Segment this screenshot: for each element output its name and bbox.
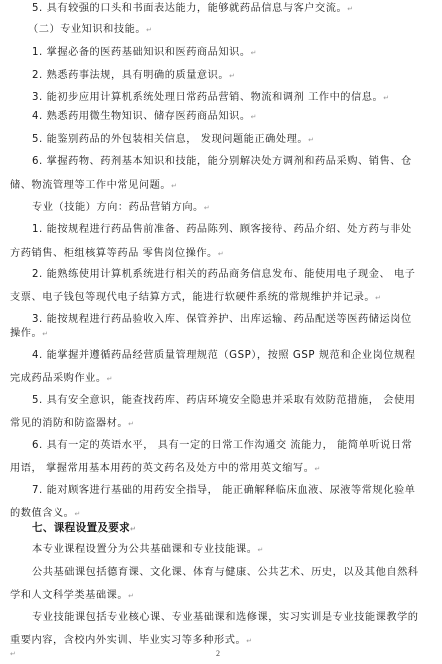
list-item-continuation: 支票、电子钱包等现代电子结算方式，能进行软硬件系统的常规维护并记录。↵ xyxy=(10,289,381,307)
line-text: 专业技能课包括专业核心课、专业基础课和选修课，实习实训是专业技能课教学的 xyxy=(32,612,419,623)
list-item-continuation: 用语， 掌握常用基本用药的英文药名及处方中的常用英文缩写。↵ xyxy=(10,460,320,478)
paragraph-mark-icon: ↵ xyxy=(347,5,353,13)
line-text: （二）专业知识和技能。 xyxy=(28,24,146,35)
paragraph-mark-icon: ↵ xyxy=(42,330,48,338)
paragraph-mark-icon: ↵ xyxy=(128,420,134,428)
paragraph-mark-icon: ↵ xyxy=(130,525,136,533)
list-item: 6. 掌握药物、药剂基本知识和技能，能分别解决处方调剂和药品采购、销售、仓 xyxy=(32,153,412,171)
line-text: 7. 能对顾客进行基础的用药安全指导， 能正确解释临床血液、尿液等常规化验单 xyxy=(32,485,415,496)
line-text: 4. 熟悉药用微生物知识、储存医药商品知识。 xyxy=(32,111,251,122)
list-item: 5. 具有安全意识，能查找药库、药店环境安全隐患并采取有效防范措施， 会使用 xyxy=(32,392,415,410)
list-item: 4. 熟悉药用微生物知识、储存医药商品知识。↵ xyxy=(32,108,257,126)
section-subheading: （二）专业知识和技能。↵ xyxy=(28,21,152,39)
list-item: 2. 熟悉药事法规，具有明确的质量意识。↵ xyxy=(32,67,235,85)
paragraph-mark-icon: ↵ xyxy=(107,375,113,383)
paragraph-mark-icon: ↵ xyxy=(218,250,224,258)
paragraph-mark-icon: ↵ xyxy=(229,72,235,80)
paragraph-mark-icon: ↵ xyxy=(171,182,177,190)
paragraph-mark-icon: ↵ xyxy=(128,592,134,600)
list-item: 7. 能对顾客进行基础的用药安全指导， 能正确解释临床血液、尿液等常规化验单 xyxy=(32,482,415,500)
paragraph-mark-icon: ↵ xyxy=(258,546,264,554)
line-text: 5. 具有安全意识，能查找药库、药店环境安全隐患并采取有效防范措施， 会使用 xyxy=(32,395,415,406)
list-item-continuation: 操作。↵ xyxy=(10,325,48,343)
paragraph-mark-icon: ↵ xyxy=(246,637,252,645)
line-text: 重要内容，含校内外实训、毕业实习等多种形式。 xyxy=(10,635,246,646)
line-text: 操作。 xyxy=(10,328,42,339)
body-paragraph-continuation: 学和人文科学类基础课。↵ xyxy=(10,587,134,605)
line-text: 完成药品采购作业。 xyxy=(10,373,107,384)
section-heading: 七、课程设置及要求↵ xyxy=(32,519,136,537)
paragraph-mark-icon: ↵ xyxy=(74,510,80,518)
paragraph-mark-icon: ↵ xyxy=(308,136,314,144)
list-item-continuation: 储、物流管理等工作中常见问题。↵ xyxy=(10,177,177,195)
body-paragraph-continuation: 重要内容，含校内外实训、毕业实习等多种形式。↵ xyxy=(10,632,252,650)
line-text: 1. 能按规程进行药品售前准备、药品陈列、顾客接待、药品介绍、处方药与非处 xyxy=(32,224,412,235)
line-text: 公共基础课包括德育课、文化课、体育与健康、公共艺术、历史，以及其他自然科 xyxy=(32,567,419,578)
line-text: 1. 掌握必备的医药基础知识和医药商品知识。 xyxy=(32,47,251,58)
paragraph-mark-icon: ↵ xyxy=(251,113,257,121)
list-item-communication: 5. 具有较强的口头和书面表达能力，能够就药品信息与客户交流。↵ xyxy=(32,0,353,18)
paragraph-mark-icon: ↵ xyxy=(375,294,381,302)
line-text: 七、课程设置及要求 xyxy=(32,522,130,534)
body-paragraph: 本专业课程设置分为公共基础课和专业技能课。↵ xyxy=(32,541,263,559)
line-text: 3. 能初步应用计算机系统处理日常药品营销、物流和调剂 工作中的信息。 xyxy=(32,92,383,103)
line-text: 5. 能鉴别药品的外包装相关信息， 发现问题能正确处理。 xyxy=(32,134,308,145)
list-item-continuation: 常见的消防和防盗器材。↵ xyxy=(10,415,134,433)
line-text: 方药销售、柜组核算等药品 零售岗位操作。 xyxy=(10,248,218,259)
footer-paragraph-mark-icon: ↵ xyxy=(10,650,16,658)
paragraph-mark-icon: ↵ xyxy=(383,94,389,102)
list-item: 4. 能掌握并遵循药品经营质量管理规范（GSP），按照 GSP 规范和企业岗位规… xyxy=(32,347,416,365)
line-text: 2. 能熟练使用计算机系统进行相关的药品商务信息发布、能使用电子现金、 电子 xyxy=(32,269,415,280)
list-item: 3. 能初步应用计算机系统处理日常药品营销、物流和调剂 工作中的信息。↵ xyxy=(32,89,389,107)
line-text: 用语， 掌握常用基本用药的英文药名及处方中的常用英文缩写。 xyxy=(10,463,314,474)
line-text: 5. 具有较强的口头和书面表达能力，能够就药品信息与客户交流。 xyxy=(32,3,347,14)
list-item: 5. 能鉴别药品的外包装相关信息， 发现问题能正确处理。↵ xyxy=(32,131,314,149)
list-item: 6. 具有一定的英语水平， 具有一定的日常工作沟通交 流能力， 能简单听说日常 xyxy=(32,437,412,455)
line-text: 6. 掌握药物、药剂基本知识和技能，能分别解决处方调剂和药品采购、销售、仓 xyxy=(32,156,412,167)
body-paragraph: 专业技能课包括专业核心课、专业基础课和选修课，实习实训是专业技能课教学的 xyxy=(32,609,419,627)
line-text: 2. 熟悉药事法规，具有明确的质量意识。 xyxy=(32,70,229,81)
line-text: 专业（技能）方向：药品营销方向。 xyxy=(32,202,204,213)
line-text: 常见的消防和防盗器材。 xyxy=(10,418,128,429)
list-item: 3. 能按规程进行药品验收入库、保管养护、出库运输、药品配送等医药储运岗位 xyxy=(32,311,412,329)
line-text: 支票、电子钱包等现代电子结算方式，能进行软硬件系统的常规维护并记录。 xyxy=(10,292,375,303)
line-text: 3. 能按规程进行药品验收入库、保管养护、出库运输、药品配送等医药储运岗位 xyxy=(32,314,412,325)
paragraph-mark-icon: ↵ xyxy=(314,465,320,473)
line-text: 学和人文科学类基础课。 xyxy=(10,590,128,601)
paragraph-mark-icon: ↵ xyxy=(146,26,152,34)
body-paragraph: 公共基础课包括德育课、文化课、体育与健康、公共艺术、历史，以及其他自然科 xyxy=(32,564,419,582)
line-text: 4. 能掌握并遵循药品经营质量管理规范（GSP），按照 GSP 规范和企业岗位规… xyxy=(32,350,416,361)
paragraph-mark-icon: ↵ xyxy=(204,204,210,212)
line-text: 6. 具有一定的英语水平， 具有一定的日常工作沟通交 流能力， 能简单听说日常 xyxy=(32,440,412,451)
list-item-continuation: 方药销售、柜组核算等药品 零售岗位操作。↵ xyxy=(10,245,224,263)
line-text: 的数值含义。 xyxy=(10,508,74,519)
paragraph-mark-icon: ↵ xyxy=(251,49,257,57)
line-text: 储、物流管理等工作中常见问题。 xyxy=(10,180,171,191)
list-item: 1. 掌握必备的医药基础知识和医药商品知识。↵ xyxy=(32,44,257,62)
list-item: 1. 能按规程进行药品售前准备、药品陈列、顾客接待、药品介绍、处方药与非处 xyxy=(32,221,412,239)
list-item-continuation: 完成药品采购作业。↵ xyxy=(10,370,113,388)
list-item: 2. 能熟练使用计算机系统进行相关的药品商务信息发布、能使用电子现金、 电子 xyxy=(32,266,415,284)
direction-heading: 专业（技能）方向：药品营销方向。↵ xyxy=(32,199,210,217)
line-text: 本专业课程设置分为公共基础课和专业技能课。 xyxy=(32,544,258,555)
page-number: 2 xyxy=(216,649,220,658)
